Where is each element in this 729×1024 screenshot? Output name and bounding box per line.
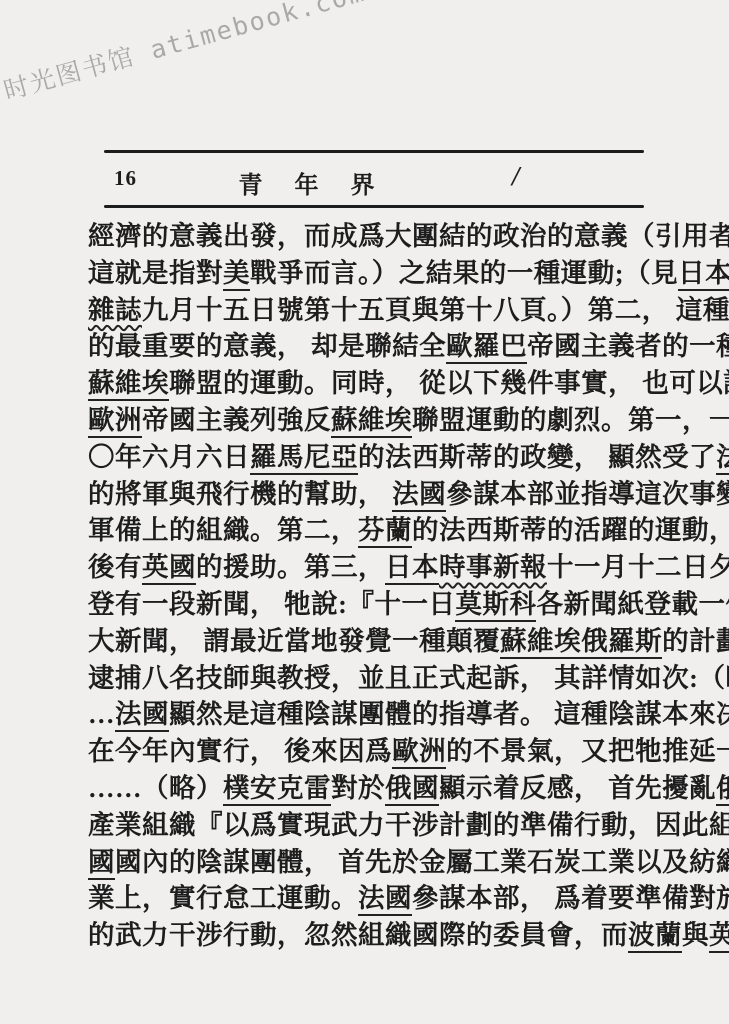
proper-noun-mark: 芬蘭 [358, 515, 412, 548]
text-segment: 的法西斯蒂的政變， 顯然受了 [358, 442, 716, 472]
text-segment: … [88, 699, 115, 729]
book-title-mark: 雜誌 [88, 295, 142, 325]
text-segment: 聯盟的運動。同時， 從以下幾件事實， 也可以證明 [169, 368, 729, 398]
text-segment: 十一月十二日夕刊， [547, 552, 729, 582]
text-segment: 的不景氣，又把牠推延一年。 [446, 736, 729, 766]
proper-noun-mark: 波蘭 [628, 920, 682, 953]
text-segment: 參謀本部， 爲着要準備對於 [412, 883, 729, 913]
text-segment: 大新聞， 謂最近當地發覺一種顛覆 [88, 626, 500, 656]
text-segment: 的援助。第三， [196, 552, 385, 582]
text-segment: 的法西斯蒂的活躍的運動， 其背 [412, 515, 729, 545]
proper-noun-mark: 英國 [709, 920, 729, 953]
text-line: 蘇維埃聯盟的運動。同時， 從以下幾件事實， 也可以證明 [88, 365, 645, 402]
text-line: 後有英國的援助。第三，日本時事新報十一月十二日夕刊， [88, 549, 645, 586]
text-segment: 登有一段新聞， 牠說:『十一日 [88, 589, 455, 619]
proper-noun-mark: 羅馬尼亞 [250, 442, 358, 475]
text-line: 的最重要的意義， 却是聯結全歐羅巴帝國主義者的一種反 [88, 328, 645, 365]
text-line: 國國內的陰謀團體， 首先於金屬工業石炭工業以及紡織工 [88, 844, 645, 881]
proper-noun-mark: 俄羅斯 [581, 626, 662, 659]
proper-noun-mark: 俄國 [716, 773, 729, 806]
text-segment: 逮捕八名技師與教授，並且正式起訴， 其詳情如次:（略）… [88, 663, 729, 693]
text-line: 逮捕八名技師與教授，並且正式起訴， 其詳情如次:（略）… [88, 660, 645, 697]
proper-noun-mark: 蘇維埃 [331, 405, 412, 438]
text-line: 這就是指對美戰爭而言。）之結果的一種運動;（見日本外交 [88, 255, 645, 292]
proper-noun-mark: 美 [223, 258, 250, 291]
page-header: 16 青 年 界 / [104, 150, 644, 208]
proper-noun-mark: 國 [88, 847, 115, 880]
text-segment: 的將軍與飛行機的幫助， [88, 479, 392, 509]
text-segment: 帝國主義列強反 [142, 405, 331, 435]
text-segment: 與 [682, 920, 709, 950]
text-line: 經濟的意義出發，而成爲大團結的政治的意義（引用者案： [88, 218, 645, 255]
text-line: ……（略）樸安克雷對於俄國顯示着反感， 首先擾亂俄國的 [88, 770, 645, 807]
text-segment: 產業組織『以爲實現武力干涉計劃的準備行動，因此組織 [88, 810, 729, 840]
text-segment: 業上，實行怠工運動。 [88, 883, 358, 913]
text-line: …法國顯然是這種陰謀團體的指導者。 這種陰謀本來决定 [88, 696, 645, 733]
text-segment: 九月十五日號第十五頁與第十八頁。）第二， 這種運動 [142, 295, 729, 325]
proper-noun-mark: 蘇維埃 [500, 626, 581, 659]
proper-noun-mark: 歐洲 [392, 736, 446, 769]
proper-noun-mark: 歐洲 [88, 405, 142, 438]
proper-noun-mark: 法國 [716, 442, 729, 475]
text-line: 產業組織『以爲實現武力干涉計劃的準備行動，因此組織俄 [88, 807, 645, 844]
proper-noun-mark: 法國 [358, 883, 412, 916]
text-segment: 〇年六月六日 [88, 442, 250, 472]
text-segment: 帝國主義者的一種反 [527, 331, 729, 361]
text-line: 大新聞， 謂最近當地發覺一種顛覆蘇維埃俄羅斯的計劃， [88, 623, 645, 660]
text-segment: 聯盟運動的劇烈。第一，一九三 [412, 405, 729, 435]
text-line: 登有一段新聞， 牠說:『十一日莫斯科各新聞紙登載一件重 [88, 586, 645, 623]
text-segment: 這就是指對 [88, 258, 223, 288]
proper-noun-mark: 俄國 [385, 773, 439, 806]
proper-noun-mark: 法國 [115, 699, 169, 732]
text-line: 在今年內實行， 後來因爲歐洲的不景氣，又把牠推延一年。 [88, 733, 645, 770]
text-segment: 的最重要的意義， 却是聯結全 [88, 331, 446, 361]
text-line: 業上，實行怠工運動。法國參謀本部， 爲着要準備對於俄國 [88, 880, 645, 917]
text-segment: 國內的陰謀團體， 首先於金屬工業石炭工業以及紡織工 [115, 847, 729, 877]
proper-noun-mark: 莫斯科 [455, 589, 536, 622]
text-segment: 顯然是這種陰謀團體的指導者。 這種陰謀本來决定 [169, 699, 729, 729]
text-line: 〇年六月六日羅馬尼亞的法西斯蒂的政變， 顯然受了法國 [88, 439, 645, 476]
proper-noun-mark: 樸安克雷 [223, 773, 331, 806]
text-line: 的將軍與飛行機的幫助， 法國參謀本部並指導這次事變的 [88, 476, 645, 513]
book-title-mark: 時事新報 [439, 552, 547, 582]
proper-noun-mark: 歐羅巴 [446, 331, 527, 364]
proper-noun-mark: 英國 [142, 552, 196, 585]
handwritten-slash-mark: / [512, 161, 520, 192]
text-segment: 對於 [331, 773, 385, 803]
text-segment: 後有 [88, 552, 142, 582]
text-segment: 的武力干涉行動，忽然組織國際的委員會，而 [88, 920, 628, 950]
text-segment: 的計劃， [662, 626, 729, 656]
header-rule-bottom [104, 205, 644, 208]
proper-noun-mark: 法國 [392, 479, 446, 512]
text-segment: ……（略） [88, 773, 223, 803]
proper-noun-mark: 蘇維埃 [88, 368, 169, 401]
library-watermark: 时光图书馆 atimebook.com [0, 0, 369, 107]
page-number: 16 [114, 166, 137, 191]
header-row: 16 青 年 界 / [104, 153, 644, 205]
text-segment: 參謀本部並指導這次事變的 [446, 479, 729, 509]
text-segment: 戰爭而言。）之結果的一種運動;（見 [250, 258, 678, 288]
proper-noun-mark: 日本 [385, 552, 439, 585]
text-segment: 軍備上的組織。第二， [88, 515, 358, 545]
body-text: 經濟的意義出發，而成爲大團結的政治的意義（引用者案：這就是指對美戰爭而言。）之結… [88, 218, 645, 954]
text-segment: 在今年內實行， 後來因爲 [88, 736, 392, 766]
text-line: 的武力干涉行動，忽然組織國際的委員會，而波蘭與英國都 [88, 917, 645, 954]
text-line: 軍備上的組織。第二，芬蘭的法西斯蒂的活躍的運動， 其背 [88, 512, 645, 549]
page-title: 青 年 界 [239, 165, 375, 200]
text-line: 歐洲帝國主義列強反蘇維埃聯盟運動的劇烈。第一，一九三 [88, 402, 645, 439]
text-line: 雜誌九月十五日號第十五頁與第十八頁。）第二， 這種運動 [88, 292, 645, 329]
text-segment: 各新聞紙登載一件重 [536, 589, 729, 619]
proper-noun-mark: 日本 [678, 258, 729, 291]
text-segment: 經濟的意義出發，而成爲大團結的政治的意義（引用者案： [88, 221, 729, 251]
text-segment: 顯示着反感， 首先擾亂 [439, 773, 716, 803]
